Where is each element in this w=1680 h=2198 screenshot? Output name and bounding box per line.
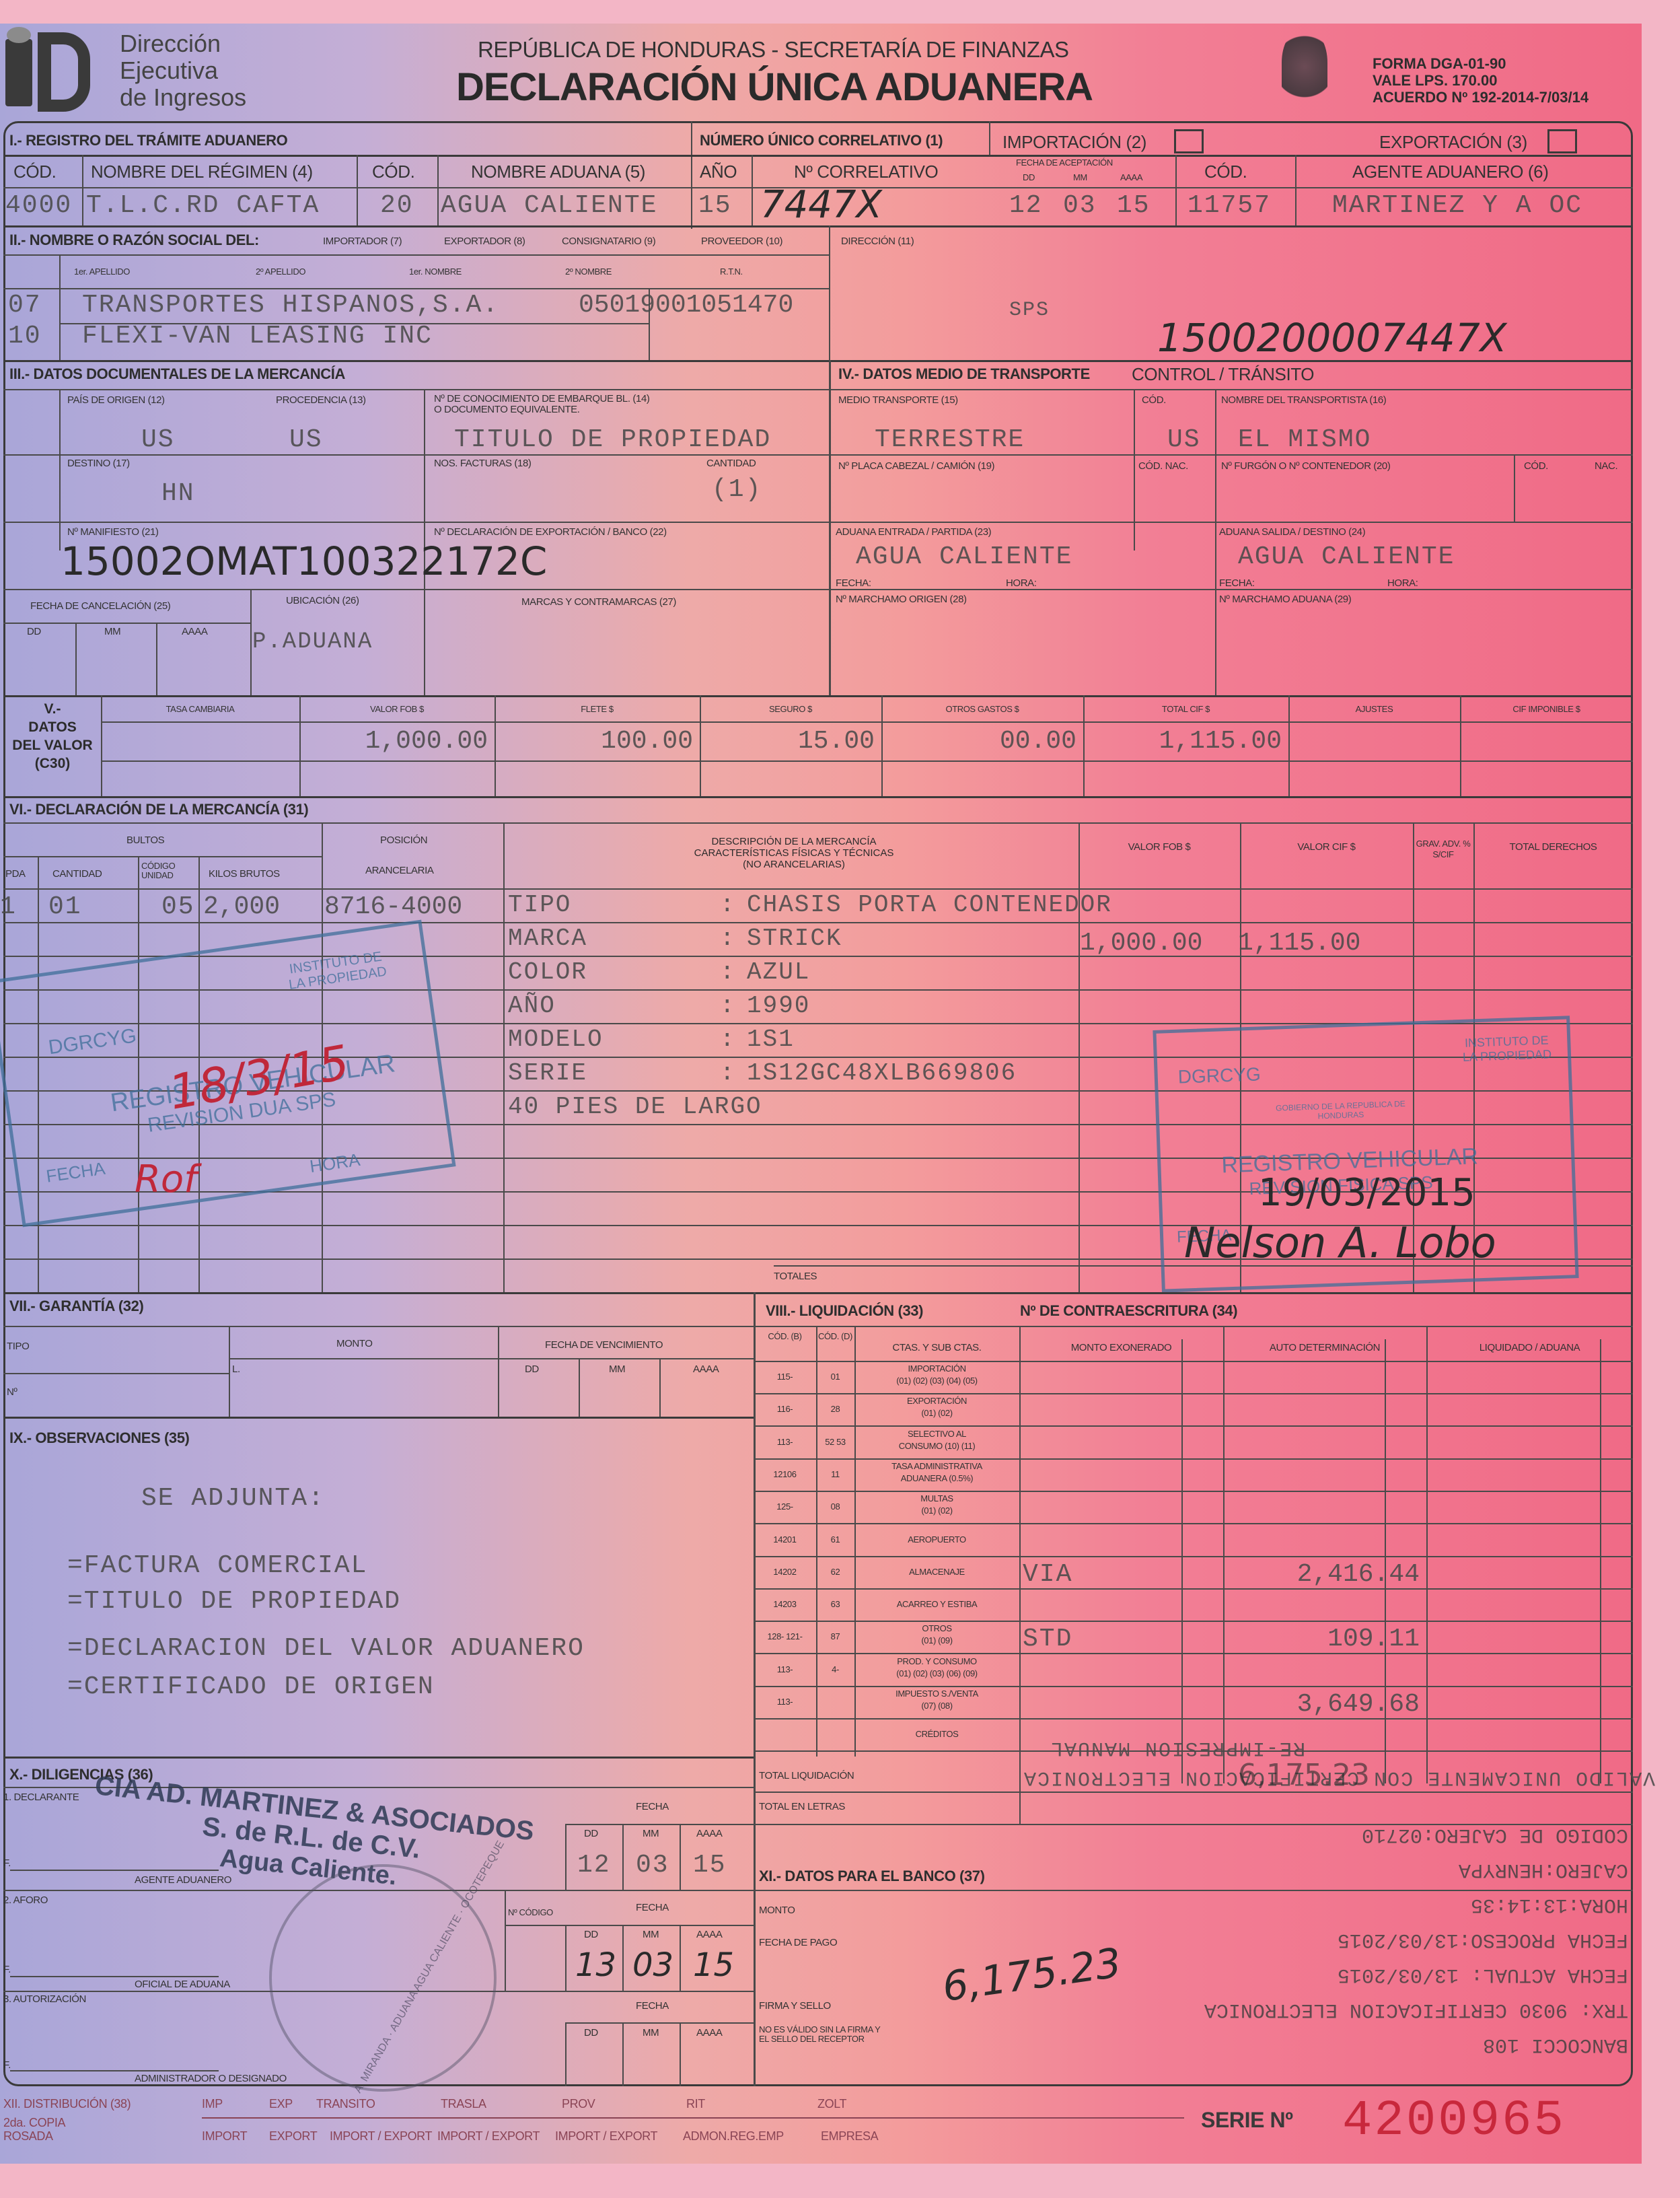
bank-receipt-print: BANCOCCI 108 TRX: 9030 CERTIFICACION ELE… <box>1198 1817 1628 2062</box>
col-regimen: NOMBRE DEL RÉGIMEN (4) <box>91 162 313 182</box>
section-11-title: XI.- DATOS PARA EL BANCO (37) <box>759 1868 985 1885</box>
total-liquidacion-value: 6,175.23 <box>1238 1758 1370 1792</box>
liq-cod-b: 14203 <box>754 1599 816 1609</box>
importacion-checkbox[interactable] <box>1174 129 1204 153</box>
medio-transporte-value: TERRESTRE <box>875 425 1025 454</box>
bl-value: TITULO DE PROPIEDAD <box>454 425 771 454</box>
autorizacion-f: F. <box>3 2059 11 2071</box>
liq-cod-d: 01 <box>816 1372 854 1382</box>
dist-bottom-2: IMPORT / EXPORT <box>330 2129 432 2143</box>
valor-col-label-1: VALOR FOB $ <box>299 704 495 714</box>
party-1-direccion: SPS <box>1009 299 1050 322</box>
transporte-cod-label: CÓD. <box>1142 394 1166 406</box>
stamp-left-org: DGRCYG <box>47 1024 138 1059</box>
fecha-2-mm: 03 <box>632 1946 673 1984</box>
col-cod: CÓD. <box>13 162 56 182</box>
liq-cod-d: 52 53 <box>816 1437 854 1447</box>
desc-key: 40 PIES DE LARGO <box>508 1093 762 1121</box>
fecha-2-mm-label: MM <box>643 1929 659 1940</box>
fecha-1-aaaa: 15 <box>693 1851 727 1880</box>
procedencia-value: US <box>289 425 323 454</box>
liq-cod-d: 63 <box>816 1599 854 1609</box>
party-2-name: FLEXI-VAN LEASING INC <box>82 322 433 351</box>
valor-col-value-4: 00.00 <box>881 727 1076 756</box>
exportacion-label: EXPORTACIÓN (3) <box>1379 132 1527 153</box>
liq-cta: ACARREO Y ESTIBA <box>854 1599 1019 1609</box>
fecha-aaaa: 15 <box>1117 191 1151 220</box>
distribucion-title: XII. DISTRIBUCIÓN (38) <box>3 2097 131 2111</box>
fecha-1-mm: 03 <box>636 1851 669 1880</box>
fecha-cancelacion-label: FECHA DE CANCELACIÓN (25) <box>30 600 170 612</box>
liq-cod-d: 4- <box>816 1664 854 1674</box>
total-letras-label: TOTAL EN LETRAS <box>759 1801 845 1812</box>
org-line-1: Dirección <box>120 30 246 57</box>
party-2-code: 10 <box>8 322 42 351</box>
desc-line-2: CARACTERÍSTICAS FÍSICAS Y TÉCNICAS <box>511 847 1076 859</box>
liq-cod-b: 113- <box>754 1437 816 1447</box>
form-code: FORMA DGA-01-90 <box>1373 55 1588 72</box>
fecha-3-mm-label: MM <box>643 2027 659 2039</box>
dist-top-0: IMP <box>202 2097 223 2111</box>
salida-fecha-label: FECHA: <box>1219 577 1255 589</box>
valor-col-label-0: TASA CAMBIARIA <box>101 704 299 714</box>
obs-line-1: SE ADJUNTA: <box>141 1484 325 1513</box>
transportista-label: NOMBRE DEL TRANSPORTISTA (16) <box>1221 394 1386 406</box>
section-2-title: II.- NOMBRE O RAZÓN SOCIAL DEL: <box>9 232 259 249</box>
valor-col-label-7: CIF IMPONIBLE $ <box>1460 704 1633 714</box>
liq-cod-b: 115- <box>754 1372 816 1382</box>
furgon-cod-label: CÓD. <box>1524 460 1548 472</box>
dist-bottom-6: EMPRESA <box>821 2129 878 2143</box>
valor-col-label-4: OTROS GASTOS $ <box>881 704 1083 714</box>
col-cod-b: CÓD. (B) <box>754 1331 816 1341</box>
liq-cta: MULTAS <box>854 1493 1019 1503</box>
liq-sub: (01) (02) <box>854 1408 1019 1418</box>
liq-sub: (01) (02) <box>854 1505 1019 1516</box>
stamp-left-hora: HORA <box>308 1149 361 1177</box>
col-grav-adv: GRAV. ADV. % S/CIF <box>1413 839 1473 860</box>
col-rtn: R.T.N. <box>720 267 743 277</box>
aduana-entrada-value: AGUA CALIENTE <box>856 542 1072 571</box>
dist-top-3: TRASLA <box>441 2097 486 2111</box>
fecha-3-label: FECHA <box>636 2000 669 2012</box>
col-1er-nombre: 1er. NOMBRE <box>409 267 462 277</box>
col-auto-determinacion: AUTO DETERMINACIÓN <box>1223 1342 1426 1353</box>
reimpresion-manual: RE-IMPRESION MANUAL <box>1050 1736 1305 1759</box>
total-liquidacion-label: TOTAL LIQUIDACIÓN <box>759 1770 854 1781</box>
item-kilos: 2,000 <box>203 892 280 921</box>
liq-cta: TASA ADMINISTRATIVA <box>854 1461 1019 1471</box>
furgon-label: Nº FURGÓN O Nº CONTENEDOR (20) <box>1221 460 1390 472</box>
role-consignatario: CONSIGNATARIO (9) <box>562 236 655 247</box>
round-customs-stamp: A. MIRANDA · ADUANA AGUA CALIENTE · OCOT… <box>269 1864 497 2092</box>
desc-key: MARCA <box>508 925 587 952</box>
liq-exonerado: STD <box>1023 1625 1072 1654</box>
fecha-dd: 12 <box>1009 191 1043 220</box>
dist-bottom-0: IMPORT <box>202 2129 247 2143</box>
stamp-right-inst: INSTITUTO DE LA PROPIEDAD <box>1459 1033 1554 1065</box>
stamp-right-org: DGRCYG <box>1177 1063 1261 1088</box>
cantidad-value: (1) <box>712 475 762 504</box>
desc-value: 1S1 <box>747 1026 795 1053</box>
bl-label: Nº DE CONOCIMIENTO DE EMBARQUE BL. (14) <box>434 393 650 404</box>
garantia-no: Nº <box>7 1386 17 1398</box>
liq-cod-d: 61 <box>816 1534 854 1545</box>
liq-cod-d: 87 <box>816 1631 854 1641</box>
valor-col-value-2: 100.00 <box>495 727 693 756</box>
garantia-fecha-venc: FECHA DE VENCIMIENTO <box>545 1339 663 1351</box>
liq-cod-d: 62 <box>816 1567 854 1577</box>
control-transito-label: CONTROL / TRÁNSITO <box>1132 364 1314 385</box>
liq-cta: EXPORTACIÓN <box>854 1396 1019 1406</box>
dist-bottom-1: EXPORT <box>269 2129 317 2143</box>
decl-export-label: Nº DECLARACIÓN DE EXPORTACIÓN / BANCO (2… <box>434 526 667 538</box>
desc-colon: : <box>720 891 736 919</box>
aduana-code: 20 <box>380 191 414 220</box>
desc-colon: : <box>720 958 736 986</box>
serie-label: SERIE Nº <box>1201 2108 1293 2133</box>
section-9-title: IX.- OBSERVACIONES (35) <box>9 1429 190 1447</box>
item-codigo-unidad: 05 <box>161 892 195 921</box>
entrada-hora-label: HORA: <box>1006 577 1037 589</box>
desc-value: 1S12GC48XLB669806 <box>747 1059 1017 1087</box>
section-1-title: I.- REGISTRO DEL TRÁMITE ADUANERO <box>9 132 287 149</box>
valor-col-value-1: 1,000.00 <box>299 727 488 756</box>
cantidad-label: CANTIDAD <box>706 458 756 469</box>
col-cod-agente: CÓD. <box>1204 162 1247 182</box>
fecha-1-dd: 12 <box>577 1851 611 1880</box>
receipt-line-5: FECHA ACTUAL: 13/03/2015 <box>1198 1957 1628 1992</box>
aforo-f: F. <box>3 1964 11 1975</box>
totales-label: TOTALES <box>774 1271 817 1282</box>
col-cod-aduana: CÓD. <box>372 162 414 182</box>
liq-sub: CONSUMO (10) (11) <box>854 1441 1019 1451</box>
importacion-label: IMPORTACIÓN (2) <box>1002 132 1146 153</box>
liq-sub: (01) (02) (03) (04) (05) <box>854 1376 1019 1386</box>
liq-cod-d: 08 <box>816 1501 854 1512</box>
fecha-3-aaaa-label: AAAA <box>696 2027 722 2039</box>
aduana-salida-value: AGUA CALIENTE <box>1238 542 1455 571</box>
col-fecha-aceptacion: FECHA DE ACEPTACIÓN <box>1016 157 1113 168</box>
desc-colon: : <box>720 992 736 1020</box>
fecha-2-dd-label: DD <box>584 1929 598 1940</box>
item-cif: 1,115.00 <box>1238 929 1360 958</box>
stamp-left-fecha: FECHA <box>45 1158 107 1187</box>
numero-unico-label: NÚMERO ÚNICO CORRELATIVO (1) <box>700 132 943 149</box>
ubicacion-label: UBICACIÓN (26) <box>286 595 359 606</box>
org-line-2: Ejecutiva <box>120 57 246 84</box>
dei-logo-icon <box>5 32 93 112</box>
liq-exonerado: VIA <box>1023 1560 1072 1589</box>
col-1er-apellido: 1er. APELLIDO <box>74 267 130 277</box>
placa-cod-nac-label: CÓD. NAC. <box>1138 460 1188 472</box>
cancel-dd: DD <box>27 626 41 637</box>
liq-cod-b: 14201 <box>754 1534 816 1545</box>
stamp-right-signature: Nelson A. Lobo <box>1184 1218 1496 1267</box>
garantia-l: L. <box>232 1363 240 1375</box>
liq-cta: OTROS <box>854 1623 1019 1633</box>
org-name: Dirección Ejecutiva de Ingresos <box>120 30 246 111</box>
entrada-fecha-label: FECHA: <box>836 577 871 589</box>
liq-cta: CRÉDITOS <box>854 1729 1019 1739</box>
control-number-handwritten: 1500200007447X <box>1157 315 1506 361</box>
desc-key: TIPO <box>508 891 571 919</box>
col-pda: PDA <box>5 868 26 880</box>
dist-top-1: EXP <box>269 2097 293 2111</box>
arancelaria-label: ARANCELARIA <box>365 865 433 876</box>
col-valor-cif: VALOR CIF $ <box>1240 835 1413 860</box>
section-6-title: VI.- DECLARACIÓN DE LA MERCANCÍA (31) <box>9 801 308 818</box>
placa-label: Nº PLACA CABEZAL / CAMIÓN (19) <box>838 460 994 472</box>
dist-bottom-4: IMPORT / EXPORT <box>555 2129 657 2143</box>
liq-cta: ALMACENAJE <box>854 1567 1019 1577</box>
liq-sub: (01) (09) <box>854 1635 1019 1645</box>
col-codigo-unidad: CÓDIGO UNIDAD <box>141 861 198 880</box>
aforo-label: 2. AFORO <box>3 1894 48 1906</box>
medio-transporte-label: MEDIO TRANSPORTE (15) <box>838 394 958 406</box>
copy-color: ROSADA <box>3 2129 53 2143</box>
bultos-label: BULTOS <box>126 835 164 846</box>
liq-cod-d: 11 <box>816 1469 854 1479</box>
banco-no-valido-2: EL SELLO DEL RECEPTOR <box>759 2034 865 2044</box>
col-aduana: NOMBRE ADUANA (5) <box>471 162 645 182</box>
declarante-f: F. <box>3 1857 11 1869</box>
venc-dd: DD <box>525 1363 539 1375</box>
cancel-mm: MM <box>104 626 120 637</box>
coat-of-arms-icon <box>1282 30 1327 111</box>
stamp-left-inst: INSTITUTO DE LA PROPIEDAD <box>281 948 392 994</box>
col-valor-fob: VALOR FOB $ <box>1079 835 1240 860</box>
aduana-name: AGUA CALIENTE <box>441 191 657 220</box>
liq-auto: 2,416.44 <box>1191 1560 1420 1589</box>
fecha-2-label: FECHA <box>636 1902 669 1913</box>
dist-top-6: ZOLT <box>817 2097 846 2111</box>
liq-cta: SELECTIVO AL <box>854 1429 1019 1439</box>
transportista-value: EL MISMO <box>1238 425 1371 454</box>
facturas-label: NOS. FACTURAS (18) <box>434 458 532 469</box>
oficial-aduana-label: OFICIAL DE ADUANA <box>135 1979 230 1990</box>
destino-value: HN <box>161 479 195 508</box>
fecha-mm: 03 <box>1063 191 1097 220</box>
col-total-derechos: TOTAL DERECHOS <box>1473 835 1633 860</box>
stamp-right-date: 19/03/2015 <box>1258 1171 1475 1215</box>
receipt-line-1: CODIGO DE CAJERO:02710 <box>1198 1817 1628 1852</box>
dist-top-5: RIT <box>686 2097 705 2111</box>
col-2o-nombre: 2º NOMBRE <box>565 267 612 277</box>
desc-key: COLOR <box>508 958 587 986</box>
garantia-tipo: TIPO <box>7 1341 29 1352</box>
item-pda: 1 <box>0 892 17 921</box>
receipt-line-7: BANCOCCI 108 <box>1198 2027 1628 2062</box>
liq-cod-b: 128- 121- <box>754 1631 816 1641</box>
descripcion-header: DESCRIPCIÓN DE LA MERCANCÍA CARACTERÍSTI… <box>511 836 1076 870</box>
posicion-label: POSICIÓN <box>380 835 427 846</box>
liq-cta: AEROPUERTO <box>854 1534 1019 1545</box>
furgon-nac-label: NAC. <box>1595 460 1617 472</box>
anio-value: 15 <box>698 191 732 220</box>
desc-key: MODELO <box>508 1026 604 1053</box>
copy-label: 2da. COPIA <box>3 2116 65 2130</box>
stamp-left-initials: Rof <box>135 1158 197 1201</box>
banco-monto-label: MONTO <box>759 1905 795 1916</box>
role-exportador: EXPORTADOR (8) <box>444 236 525 247</box>
section-4-title: IV.- DATOS MEDIO DE TRANSPORTE <box>838 365 1090 383</box>
destino-label: DESTINO (17) <box>67 458 130 469</box>
liq-sub: (01) (02) (03) (06) (09) <box>854 1668 1019 1678</box>
desc-value: CHASIS PORTA CONTENEDOR <box>747 891 1112 919</box>
marcas-label: MARCAS Y CONTRAMARCAS (27) <box>521 596 676 608</box>
desc-value: AZUL <box>747 958 810 986</box>
correlativo-value: 7447X <box>760 183 882 227</box>
valor-col-value-5: 1,115.00 <box>1083 727 1282 756</box>
liq-cod-b: 113- <box>754 1697 816 1707</box>
liq-cod-b: 12106 <box>754 1469 816 1479</box>
pais-origen-value: US <box>141 425 175 454</box>
liq-cod-b: 14202 <box>754 1567 816 1577</box>
liq-cod-b: 125- <box>754 1501 816 1512</box>
fecha-2-dd: 13 <box>575 1946 616 1984</box>
regimen-name: T.L.C.RD CAFTA <box>86 191 320 220</box>
pais-origen-label: PAÍS DE ORIGEN (12) <box>67 394 165 406</box>
dist-bottom-5: ADMON.REG.EMP <box>683 2129 784 2143</box>
stamp-right-gov: GOBIERNO DE LA REPUBLICA DE HONDURAS <box>1266 1098 1415 1123</box>
salida-hora-label: HORA: <box>1387 577 1418 589</box>
valor-col-label-3: SEGURO $ <box>700 704 881 714</box>
liq-auto: 3,649.68 <box>1191 1690 1420 1719</box>
desc-key: SERIE <box>508 1059 587 1087</box>
ubicacion-value: P.ADUANA <box>252 629 373 655</box>
fecha-1-aaaa-label: AAAA <box>696 1828 722 1839</box>
fecha-2-aaaa-label: AAAA <box>696 1929 722 1940</box>
liq-auto: 109.11 <box>1191 1625 1420 1654</box>
republic-heading: REPÚBLICA DE HONDURAS - SECRETARÍA DE FI… <box>478 37 1069 63</box>
receipt-line-6: TRX: 9030 CERTIFICACION ELECTRONICA <box>1198 1992 1628 2027</box>
valor-col-label-5: TOTAL CIF $ <box>1083 704 1288 714</box>
col-agente: AGENTE ADUANERO (6) <box>1352 162 1548 182</box>
valor-col-label-2: FLETE $ <box>495 704 700 714</box>
desc-value: 1990 <box>747 992 810 1020</box>
s5-line-1: V.- <box>5 700 100 718</box>
fecha-1-dd-label: DD <box>584 1828 598 1839</box>
obs-line-2: =FACTURA COMERCIAL <box>67 1551 367 1580</box>
direccion-label: DIRECCIÓN (11) <box>841 236 914 247</box>
agente-name: MARTINEZ Y A OC <box>1332 191 1582 220</box>
administrador-label: ADMINISTRADOR O DESIGNADO <box>135 2073 287 2084</box>
receipt-line-4: FECHA PROCESO:13/03/2015 <box>1198 1922 1628 1957</box>
contraescritura-label: Nº DE CONTRAESCRITURA (34) <box>1020 1302 1237 1320</box>
exportacion-checkbox[interactable] <box>1547 129 1577 153</box>
obs-line-3: =TITULO DE PROPIEDAD <box>67 1587 401 1616</box>
valor-col-label-6: AJUSTES <box>1288 704 1460 714</box>
obs-line-5: =CERTIFICADO DE ORIGEN <box>67 1672 435 1701</box>
autorizacion-label: 3. AUTORIZACIÓN <box>3 1993 86 2005</box>
receipt-line-3: HORA:13:14:35 <box>1198 1887 1628 1922</box>
declarante-label: 1. DECLARANTE <box>3 1792 79 1803</box>
aduana-salida-label: ADUANA SALIDA / DESTINO (24) <box>1219 526 1365 538</box>
liq-sub: ADUANERA (0.5%) <box>854 1473 1019 1483</box>
party-1-name: TRANSPORTES HISPANOS,S.A. <box>82 291 499 320</box>
liq-sub: (07) (08) <box>854 1701 1019 1711</box>
marchamo-aduana-label: Nº MARCHAMO ADUANA (29) <box>1219 594 1351 605</box>
s5-line-3: DEL VALOR <box>5 736 100 754</box>
bl-label-2: O DOCUMENTO EQUIVALENTE. <box>434 404 580 415</box>
obs-line-4: =DECLARACION DEL VALOR ADUANERO <box>67 1634 585 1663</box>
desc-colon: : <box>720 1059 736 1087</box>
col-kilos: KILOS BRUTOS <box>209 868 280 880</box>
page-title: DECLARACIÓN ÚNICA ADUANERA <box>456 65 1093 110</box>
form-agreement: ACUERDO Nº 192-2014-7/03/14 <box>1373 89 1588 106</box>
liq-cod-b: 113- <box>754 1664 816 1674</box>
liq-cod-d: 28 <box>816 1404 854 1414</box>
fecha-1-mm-label: MM <box>643 1828 659 1839</box>
marchamo-origen-label: Nº MARCHAMO ORIGEN (28) <box>836 594 967 605</box>
liq-cod-b: 116- <box>754 1404 816 1414</box>
col-2o-apellido: 2º APELLIDO <box>256 267 305 277</box>
venc-aaaa: AAAA <box>693 1363 719 1375</box>
regimen-code: 4000 <box>5 191 72 220</box>
dist-top-2: TRANSITO <box>316 2097 375 2111</box>
agente-aduanero-label: AGENTE ADUANERO <box>135 1874 231 1886</box>
receipt-line-2: CAJERO:HENRYPA <box>1198 1852 1628 1887</box>
fecha-1-label: FECHA <box>636 1801 669 1812</box>
serie-number: 4200965 <box>1342 2093 1566 2150</box>
col-cantidad: CANTIDAD <box>52 868 102 880</box>
liq-cta: IMPUESTO S./VENTA <box>854 1689 1019 1699</box>
no-codigo-label: Nº CÓDIGO <box>508 1907 553 1917</box>
col-mm: MM <box>1073 172 1087 182</box>
item-posicion: 8716-4000 <box>324 892 462 921</box>
section-7-title: VII.- GARANTÍA (32) <box>9 1298 143 1315</box>
section-3-title: III.- DATOS DOCUMENTALES DE LA MERCANCÍA <box>9 365 345 383</box>
col-monto-exonerado: MONTO EXONERADO <box>1019 1342 1223 1353</box>
role-importador: IMPORTADOR (7) <box>323 236 402 247</box>
col-cod-d: CÓD. (D) <box>816 1331 854 1341</box>
fecha-3-dd-label: DD <box>584 2027 598 2039</box>
cancel-aaaa: AAAA <box>182 626 207 637</box>
banco-firma-label: FIRMA Y SELLO <box>759 2000 831 2012</box>
role-proveedor: PROVEEDOR (10) <box>701 236 782 247</box>
liq-cta: IMPORTACIÓN <box>854 1363 1019 1374</box>
org-line-3: de Ingresos <box>120 84 246 111</box>
valor-col-value-3: 15.00 <box>700 727 875 756</box>
desc-colon: : <box>720 1026 736 1053</box>
banco-no-valido-1: NO ES VÁLIDO SIN LA FIRMA Y <box>759 2024 880 2034</box>
col-correlativo: Nº CORRELATIVO <box>794 162 938 182</box>
dist-top-4: PROV <box>562 2097 595 2111</box>
desc-key: AÑO <box>508 992 556 1020</box>
form-price: VALE LPS. 170.00 <box>1373 72 1588 89</box>
section-8-title: VIII.- LIQUIDACIÓN (33) <box>766 1302 923 1320</box>
item-fob: 1,000.00 <box>1080 929 1202 958</box>
manifiesto-value: 15002OMAT100322172C <box>61 538 547 584</box>
manifiesto-label: Nº MANIFIESTO (21) <box>67 526 159 538</box>
banco-fecha-pago-label: FECHA DE PAGO <box>759 1937 837 1948</box>
fecha-2-aaaa: 15 <box>693 1946 734 1984</box>
venc-mm: MM <box>609 1363 625 1375</box>
section-5-title: V.- DATOS DEL VALOR (C30) <box>5 700 100 773</box>
garantia-monto: MONTO <box>336 1338 373 1349</box>
col-aaaa: AAAA <box>1120 172 1142 182</box>
item-cantidad: 01 <box>48 892 82 921</box>
form-info: FORMA DGA-01-90 VALE LPS. 170.00 ACUERDO… <box>1373 55 1588 106</box>
col-dd: DD <box>1023 172 1035 182</box>
procedencia-label: PROCEDENCIA (13) <box>276 394 366 406</box>
s5-line-4: (C30) <box>5 754 100 773</box>
col-ctas: CTAS. Y SUB CTAS. <box>854 1342 1019 1353</box>
party-1-code: 07 <box>8 291 42 320</box>
transporte-cod-value: US <box>1167 425 1201 454</box>
desc-value: STRICK <box>747 925 842 952</box>
